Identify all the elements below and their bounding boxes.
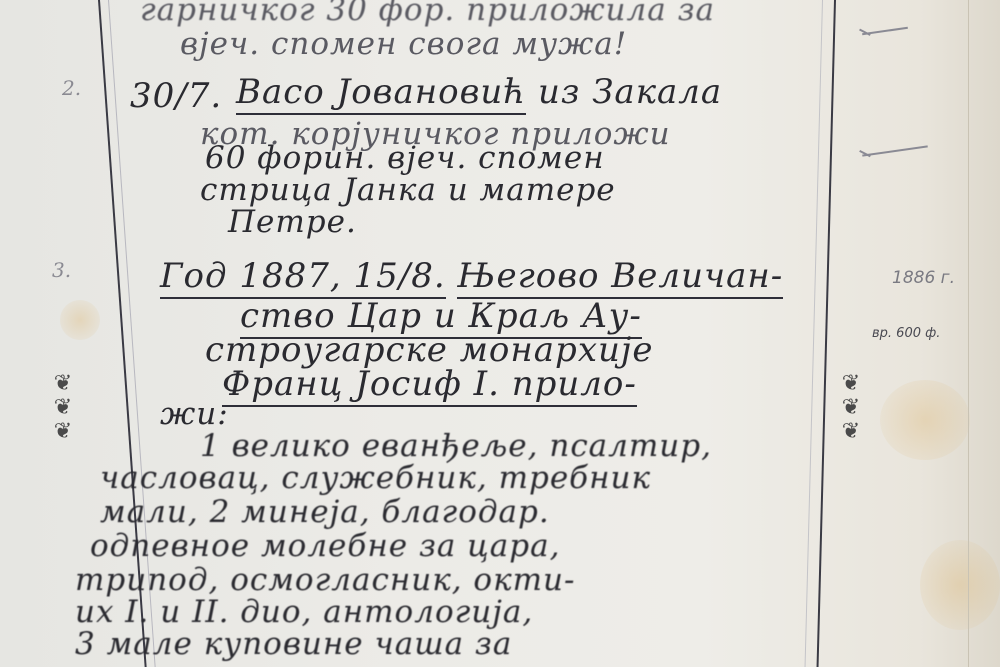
flourish-icon: ❦ [842,371,860,396]
entry2-line4: Петре. [228,204,357,240]
check-mark-icon [862,27,908,35]
entry2-name-text: Васо Јовановић [236,72,526,115]
entry2-line3: стрица Јанка и матере [200,172,616,208]
entry3-item-line6: их I. и II. дио, антологија, [75,594,533,630]
entry3-item-line3: мали, 2 минеја, благодар. [100,494,550,530]
age-stain [60,300,100,340]
age-stain [920,540,1000,630]
flourish-icon: ❦ [54,395,72,420]
entry2-name: Васо Јовановић из Закала [236,72,722,112]
entry3-item-line2: часловац, служебник, требник [100,460,651,496]
right-ornament-icon: ❦ ❦ ❦ [838,372,864,444]
ledger-page: ❦ ❦ ❦ ❦ ❦ ❦ гарничког 30 фор. приложила … [0,0,1000,667]
entry3-date: Год 1887, 15/8. [160,256,446,299]
right-margin-value-note: вр. 600 ф. [872,326,940,341]
right-margin-year-note: 1886 г. [892,268,955,288]
entry3-item-line5: трипод, осмогласник, окти- [75,562,575,598]
entry3-heading-line5: жи: [160,396,229,432]
entry3-item-line7: 3 мале куповине чаша за [75,626,512,662]
entry3-number: 3. [52,258,71,282]
check-mark-icon [862,145,928,156]
page-edge [968,0,969,667]
left-ornament-icon: ❦ ❦ ❦ [50,372,76,444]
entry3-heading-line1: Год 1887, 15/8. Његово Величан- [160,256,783,296]
entry3-item-line4: одпевное молебне за цара, [90,528,560,564]
entry3-heading-text1: Његово Величан- [457,256,783,299]
entry2-line2: 60 форин. вјеч. спомен [205,140,605,176]
flourish-icon: ❦ [842,419,860,444]
flourish-icon: ❦ [842,395,860,420]
entry2-date: 30/7. [130,76,222,116]
entry2-number: 2. [62,76,81,100]
flourish-icon: ❦ [54,371,72,396]
entry2-origin: из Закала [538,72,722,112]
entry1-line1: гарничког 30 фор. приложила за [140,0,715,28]
entry3-item-line1: 1 велико еванђеље, псалтир, [200,428,712,464]
flourish-icon: ❦ [54,419,72,444]
entry3-heading-line4: Франц Јосиф I. прило- [222,364,637,404]
entry1-line2: вјеч. спомен свога мужа! [180,26,627,62]
entry3-heading-text4: Франц Јосиф I. прило- [222,364,637,407]
age-stain [880,380,970,460]
